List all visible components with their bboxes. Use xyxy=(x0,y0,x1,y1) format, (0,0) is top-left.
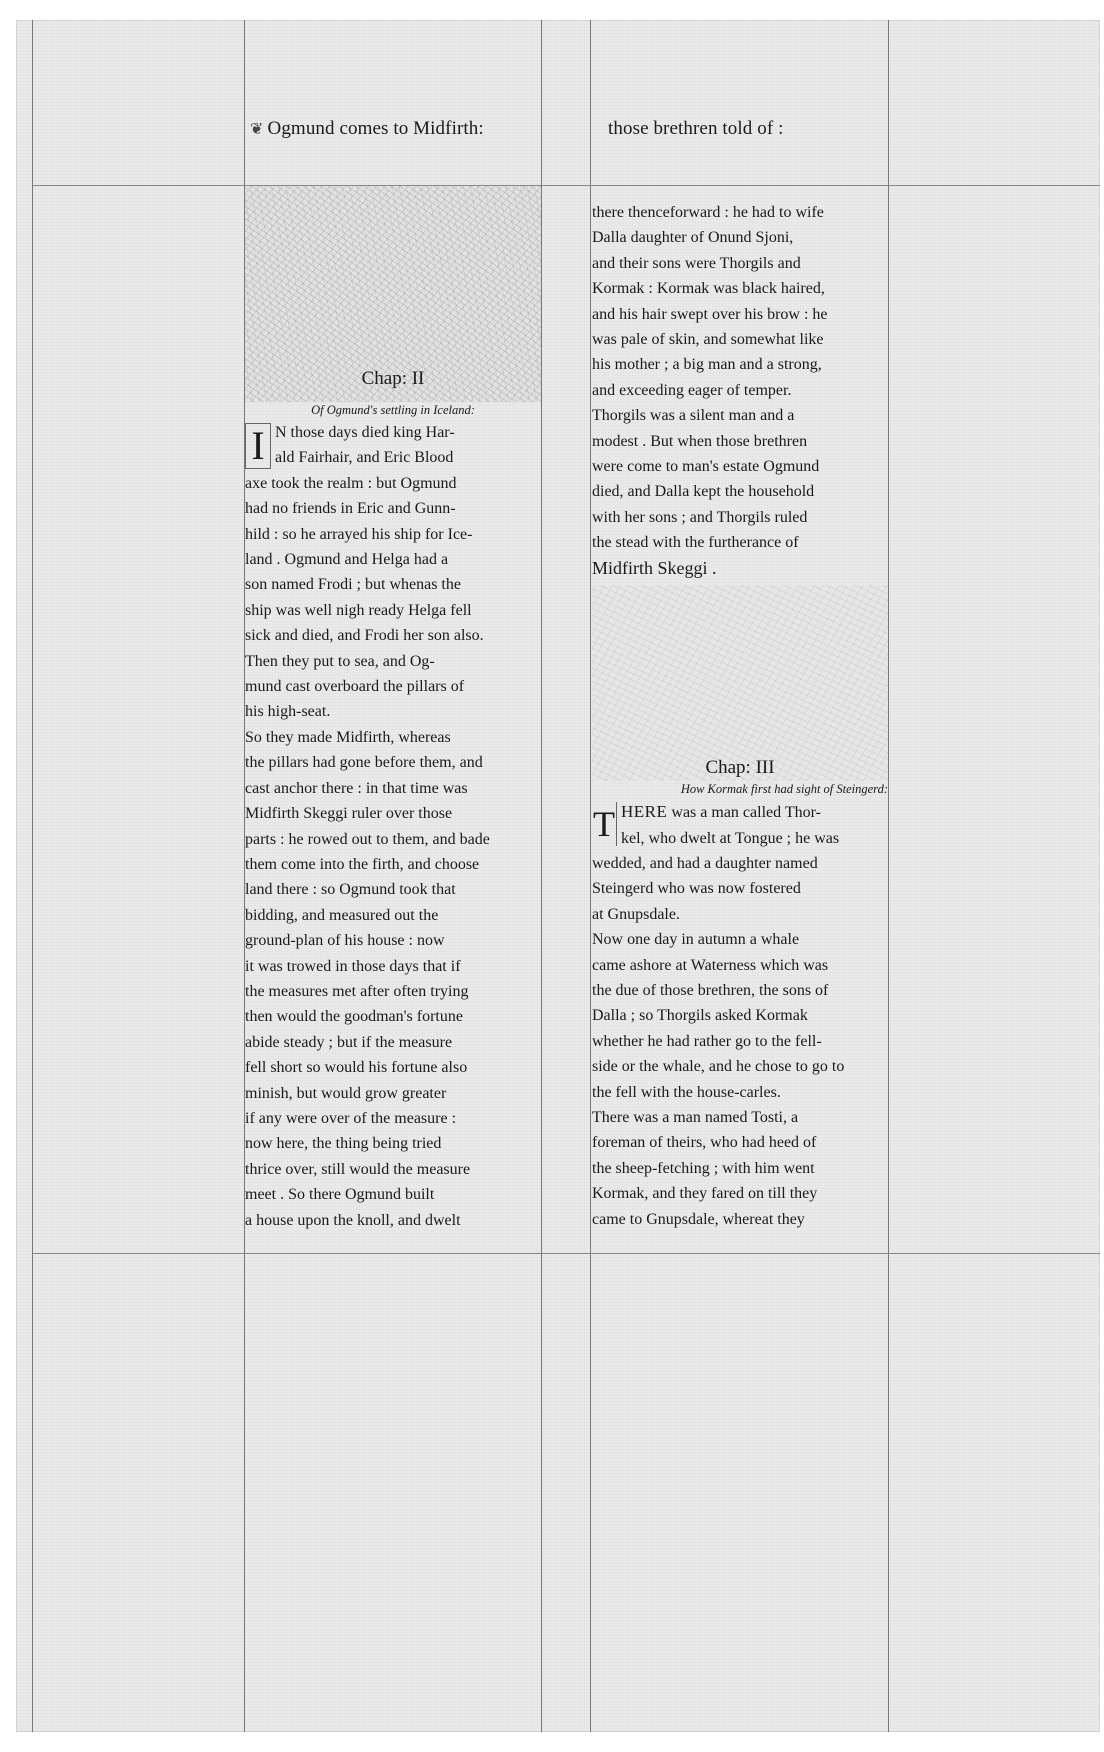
text-line: the fell with the house-carles. xyxy=(592,1080,888,1105)
text-line: ald Fairhair, and Eric Blood xyxy=(275,445,541,470)
text-line: came ashore at Waterness which was xyxy=(592,953,888,978)
text-line: them come into the firth, and choose xyxy=(245,852,541,877)
text-line: sick and died, and Frodi her son also. xyxy=(245,623,541,648)
chapter-subtitle: How Kormak first had sight of Steingerd: xyxy=(592,782,888,797)
chapter-heading: Chap: III xyxy=(592,751,888,779)
drop-cap: T xyxy=(592,802,617,846)
text-line: the due of those brethren, the sons of xyxy=(592,978,888,1003)
text-line: his mother ; a big man and a strong, xyxy=(592,352,888,377)
manuscript-page: ❦Ogmund comes to Midfirth: those brethre… xyxy=(16,20,1100,1732)
running-head-left: ❦Ogmund comes to Midfirth: xyxy=(250,118,484,140)
text-line: the pillars had gone before them, and xyxy=(245,750,541,775)
text-line: Kormak : Kormak was black haired, xyxy=(592,276,888,301)
text-line: Dalla ; so Thorgils asked Kormak xyxy=(592,1003,888,1028)
text-line: with her sons ; and Thorgils ruled xyxy=(592,505,888,530)
text-line: there thenceforward : he had to wife xyxy=(592,200,888,225)
text-line: was pale of skin, and somewhat like xyxy=(592,327,888,352)
body-text: axe took the realm : but Ogmund had no f… xyxy=(245,471,541,1233)
text-line: had no friends in Eric and Gunn- xyxy=(245,496,541,521)
text-line: Steingerd who was now fostered xyxy=(592,876,888,901)
text-line: now here, the thing being tried xyxy=(245,1131,541,1156)
text-line: Thorgils was a silent man and a xyxy=(592,403,888,428)
text-line: at Gnupsdale. xyxy=(592,902,888,927)
text-line: parts : he rowed out to them, and bade xyxy=(245,827,541,852)
text-line: his high-seat. xyxy=(245,699,541,724)
text-line: Kormak, and they fared on till they xyxy=(592,1181,888,1206)
text-line: cast anchor there : in that time was xyxy=(245,776,541,801)
top-text-rule xyxy=(32,185,1100,186)
small-caps-opening: HERE xyxy=(621,802,667,821)
foliage-illumination: Chap: III xyxy=(592,585,888,781)
text-line: was a man called Thor- xyxy=(667,804,821,821)
opening-paragraph: I N those days died king Har- ald Fairha… xyxy=(245,420,541,471)
text-line: a house upon the knoll, and dwelt xyxy=(245,1208,541,1233)
text-line: Midfirth Skeggi ruler over those xyxy=(245,801,541,826)
chapter-heading: Chap: II xyxy=(245,362,541,390)
text-line: Midfirth Skeggi . xyxy=(592,556,888,581)
text-line: There was a man named Tosti, a xyxy=(592,1105,888,1130)
text-line: whether he had rather go to the fell- xyxy=(592,1029,888,1054)
text-line: wedded, and had a daughter named xyxy=(592,851,888,876)
body-text-top: there thenceforward : he had to wife Dal… xyxy=(592,200,888,581)
text-line: bidding, and measured out the xyxy=(245,903,541,928)
body-text-bottom: wedded, and had a daughter named Steinge… xyxy=(592,851,888,1232)
fleuron-icon: ❦ xyxy=(250,119,264,139)
text-line: abide steady ; but if the measure xyxy=(245,1030,541,1055)
text-line: land . Ogmund and Helga had a xyxy=(245,547,541,572)
text-line: meet . So there Ogmund built xyxy=(245,1182,541,1207)
text-line: axe took the realm : but Ogmund xyxy=(245,471,541,496)
running-head-right: those brethren told of : xyxy=(608,118,783,140)
text-line: N those days died king Har- xyxy=(275,420,541,445)
text-line: So they made Midfirth, whereas xyxy=(245,725,541,750)
text-line: fell short so would his fortune also xyxy=(245,1055,541,1080)
text-line: the stead with the furtherance of xyxy=(592,530,888,555)
text-line: Now one day in autumn a whale xyxy=(592,927,888,952)
text-line: Then they put to sea, and Og- xyxy=(245,649,541,674)
text-line: son named Frodi ; but whenas the xyxy=(245,572,541,597)
drop-cap: I xyxy=(245,423,271,469)
text-line: and exceeding eager of temper. xyxy=(592,378,888,403)
text-line: and his hair swept over his brow : he xyxy=(592,302,888,327)
text-line: the measures met after often trying xyxy=(245,979,541,1004)
text-line: hild : so he arrayed his ship for Ice- xyxy=(245,522,541,547)
text-line: then would the goodman's fortune xyxy=(245,1004,541,1029)
text-line: side or the whale, and he chose to go to xyxy=(592,1054,888,1079)
right-text-column: there thenceforward : he had to wife Dal… xyxy=(592,200,888,1232)
text-line: and their sons were Thorgils and xyxy=(592,251,888,276)
text-line: came to Gnupsdale, whereat they xyxy=(592,1207,888,1232)
text-line: it was trowed in those days that if xyxy=(245,954,541,979)
text-line: land there : so Ogmund took that xyxy=(245,877,541,902)
chapter-subtitle: Of Ogmund's settling in Iceland: xyxy=(245,403,541,418)
text-line: thrice over, still would the measure xyxy=(245,1157,541,1182)
text-line: ship was well nigh ready Helga fell xyxy=(245,598,541,623)
text-line: Dalla daughter of Onund Sjoni, xyxy=(592,225,888,250)
left-text-column: Chap: II Of Ogmund's settling in Iceland… xyxy=(245,186,541,1233)
text-line: modest . But when those brethren xyxy=(592,429,888,454)
column-rule-right-b xyxy=(888,20,889,1732)
text-line: foreman of theirs, who had heed of xyxy=(592,1130,888,1155)
margin-rule-outer-left xyxy=(32,20,33,1732)
text-line: were come to man's estate Ogmund xyxy=(592,454,888,479)
text-line: if any were over of the measure : xyxy=(245,1106,541,1131)
column-rule-left-b xyxy=(541,20,542,1732)
text-line: ground-plan of his house : now xyxy=(245,928,541,953)
text-line: kel, who dwelt at Tongue ; he was xyxy=(621,826,888,851)
text-line: the sheep-fetching ; with him went xyxy=(592,1156,888,1181)
bottom-text-rule xyxy=(32,1253,1100,1254)
text-line: minish, but would grow greater xyxy=(245,1081,541,1106)
text-line: died, and Dalla kept the household xyxy=(592,479,888,504)
foliage-illumination: Chap: II xyxy=(245,186,541,402)
text-line: mund cast overboard the pillars of xyxy=(245,674,541,699)
column-rule-right-a xyxy=(590,20,591,1732)
opening-paragraph: T HERE was a man called Thor- kel, who d… xyxy=(592,799,888,851)
